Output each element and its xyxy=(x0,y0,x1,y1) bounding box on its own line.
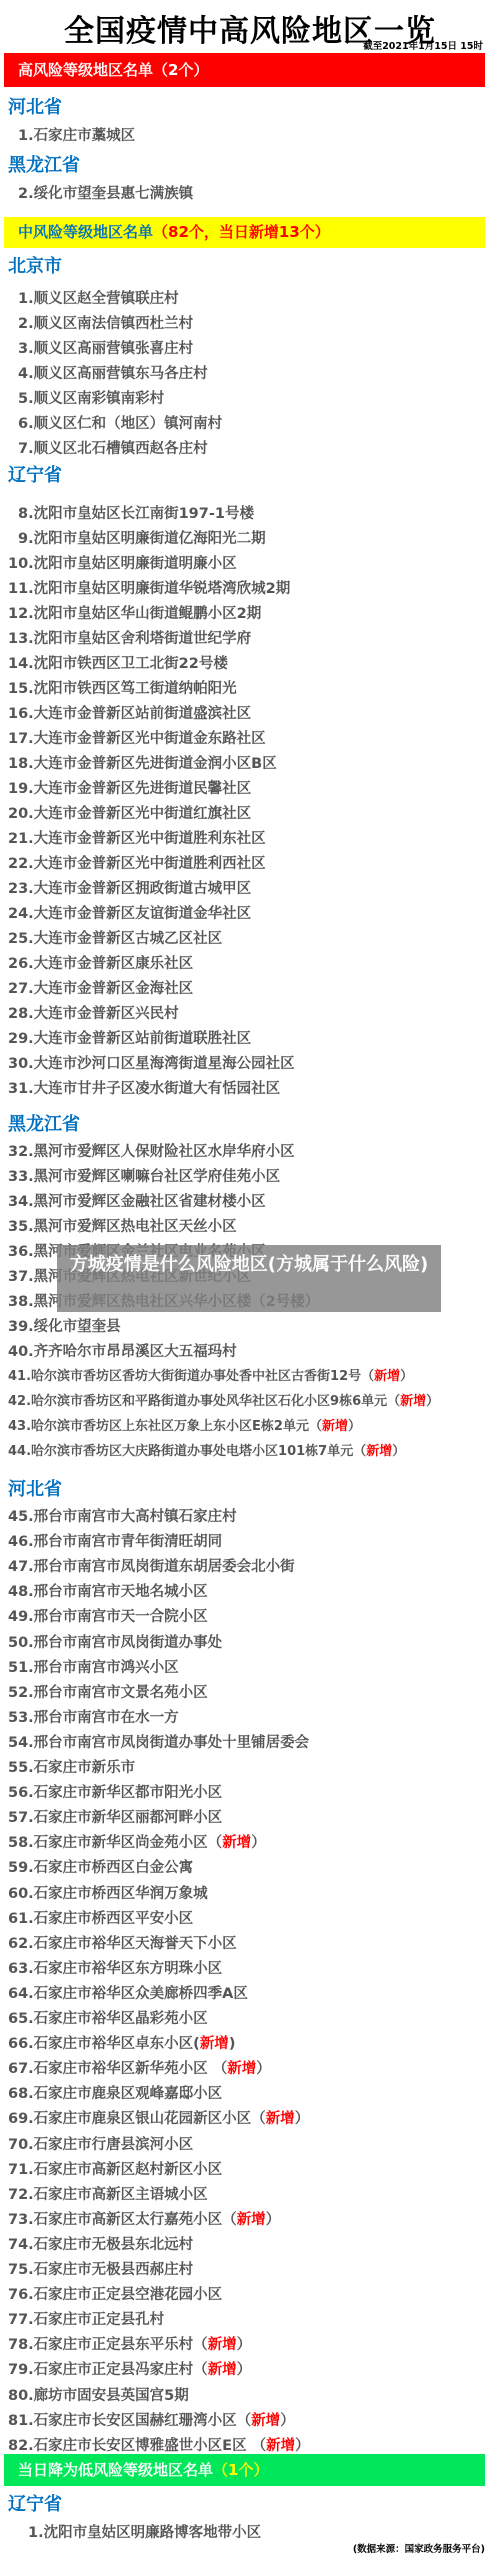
caption-overlay: 方城疫情是什么风险地区(方城属于什么风险) xyxy=(57,1245,441,1312)
list-item: 10.沈阳市皇姑区明廉街道明廉小区 xyxy=(8,552,237,573)
list-item: 82.石家庄市长安区博雅盛世小区E区 （新增） xyxy=(8,2434,310,2455)
item-text: 77.石家庄市正定县孔村 xyxy=(8,2312,164,2328)
item-text: ) xyxy=(229,2036,236,2052)
item-text: 2.顺义区南法信镇西杜兰村 xyxy=(18,316,193,332)
item-text: 73.石家庄市高新区太行嘉苑小区（ xyxy=(8,2212,237,2228)
list-item: 28.大连市金普新区兴民村 xyxy=(8,1002,179,1023)
list-item: 13.沈阳市皇姑区舍利塔街道世纪学府 xyxy=(8,627,251,648)
item-text: 46.邢台市南宫市青年街清旺胡同 xyxy=(8,1534,222,1550)
province-heading: 北京市 xyxy=(8,252,62,278)
list-item: 49.邢台市南宫市天一合院小区 xyxy=(8,1605,208,1626)
list-item: 18.大连市金普新区先进街道金润小区B区 xyxy=(8,752,277,773)
list-item: 52.邢台市南宫市文景名苑小区 xyxy=(8,1681,208,1702)
item-text: 9.沈阳市皇姑区明廉街道亿海阳光二期 xyxy=(18,531,266,547)
item-text: ） xyxy=(237,2337,252,2353)
list-item: 40.齐齐哈尔市昂昂溪区大五福玛村 xyxy=(8,1340,237,1361)
item-text: 18.大连市金普新区先进街道金润小区B区 xyxy=(8,756,277,772)
item-text: 75.石家庄市无极县西郝庄村 xyxy=(8,2262,193,2278)
item-text: ） xyxy=(295,2438,310,2454)
list-item: 27.大连市金普新区金海社区 xyxy=(8,977,193,998)
item-text: ） xyxy=(348,1419,361,1434)
item-text: 74.石家庄市无极县东北远村 xyxy=(8,2237,193,2253)
mid-risk-label: 中风险等级地区名单 xyxy=(18,223,153,241)
list-item: 60.石家庄市桥西区华润万象城 xyxy=(8,1882,208,1903)
list-item: 20.大连市金普新区光中街道红旗社区 xyxy=(8,802,251,823)
list-item: 61.石家庄市桥西区平安小区 xyxy=(8,1907,193,1928)
list-item: 4.顺义区高丽营镇东马各庄村 xyxy=(18,362,208,383)
as-of-timestamp: 截至2021年1月15日 15时 xyxy=(363,38,483,52)
new-tag: 新增 xyxy=(208,2362,237,2378)
item-text: 57.石家庄市新华区丽都河畔小区 xyxy=(8,1810,222,1826)
item-text: 5.顺义区南彩镇南彩村 xyxy=(18,391,164,407)
list-item: 24.大连市金普新区友谊街道金华社区 xyxy=(8,902,251,923)
item-text: 8.沈阳市皇姑区长江南街197-1号楼 xyxy=(18,506,254,522)
list-item: 71.石家庄市高新区赵村新区小区 xyxy=(8,2158,222,2179)
item-text: 6.顺义区仁和（地区）镇河南村 xyxy=(18,416,222,432)
list-item: 73.石家庄市高新区太行嘉苑小区（新增） xyxy=(8,2208,280,2229)
item-text: 54.邢台市南宫市凤岗街道办事处十里铺居委会 xyxy=(8,1735,309,1751)
item-text: 70.石家庄市行唐县滨河小区 xyxy=(8,2137,193,2153)
new-tag: 新增 xyxy=(322,1419,348,1434)
new-tag: 新增 xyxy=(222,1835,251,1851)
list-item: 54.邢台市南宫市凤岗街道办事处十里铺居委会 xyxy=(8,1731,309,1752)
item-text: 31.大连市甘井子区凌水街道大有恬园社区 xyxy=(8,1081,280,1097)
item-text: 25.大连市金普新区古城乙区社区 xyxy=(8,931,222,947)
list-item: 17.大连市金普新区光中街道金东路社区 xyxy=(8,727,266,748)
item-text: 27.大连市金普新区金海社区 xyxy=(8,981,193,997)
province-heading: 黑龙江省 xyxy=(8,1110,80,1136)
list-item: 32.黑河市爱辉区人保财险社区水岸华府小区 xyxy=(8,1140,295,1161)
list-item: 14.沈阳市铁西区卫工北街22号楼 xyxy=(8,652,228,673)
list-item: 9.沈阳市皇姑区明廉街道亿海阳光二期 xyxy=(18,527,266,548)
list-item: 62.石家庄市裕华区天海誉天下小区 xyxy=(8,1932,237,1953)
list-item: 35.黑河市爱辉区热电社区天丝小区 xyxy=(8,1215,237,1236)
list-item: 16.大连市金普新区站前街道盛滨社区 xyxy=(8,702,251,723)
item-text: 15.沈阳市铁西区笃工街道纳帕阳光 xyxy=(8,681,237,697)
list-item: 53.邢台市南宫市在水一方 xyxy=(8,1706,179,1727)
item-text: 62.石家庄市裕华区天海誉天下小区 xyxy=(8,1936,237,1952)
item-text: 64.石家庄市裕华区众美廊桥四季A区 xyxy=(8,1986,248,2002)
item-text: 17.大连市金普新区光中街道金东路社区 xyxy=(8,731,266,747)
item-text: 59.石家庄市桥西区白金公寓 xyxy=(8,1860,193,1876)
list-item: 46.邢台市南宫市青年街清旺胡同 xyxy=(8,1530,222,1551)
item-text: 21.大连市金普新区光中街道胜利东社区 xyxy=(8,831,266,847)
item-text: 55.石家庄市新乐市 xyxy=(8,1760,135,1776)
list-item: 30.大连市沙河口区星海湾街道星海公园社区 xyxy=(8,1052,295,1073)
new-tag: 新增 xyxy=(366,1444,392,1459)
new-tag: 新增 xyxy=(237,2212,266,2228)
item-text: 30.大连市沙河口区星海湾街道星海公园社区 xyxy=(8,1056,295,1072)
list-item: 55.石家庄市新乐市 xyxy=(8,1756,135,1777)
item-text: 65.石家庄市裕华区晶彩苑小区 xyxy=(8,2011,208,2027)
list-item: 2.绥化市望奎县惠七满族镇 xyxy=(18,182,193,203)
list-item: 80.廊坊市固安县英国宫5期 xyxy=(8,2384,189,2405)
list-item: 26.大连市金普新区康乐社区 xyxy=(8,952,193,973)
list-item: 39.绥化市望奎县 xyxy=(8,1315,121,1336)
item-text: ） xyxy=(251,1835,266,1851)
new-tag: 新增 xyxy=(400,1394,426,1409)
item-text: ） xyxy=(237,2362,252,2378)
list-item: 81.石家庄市长安区国赫红珊湾小区（新增） xyxy=(8,2409,295,2430)
list-item: 3.顺义区高丽营镇张喜庄村 xyxy=(18,337,193,358)
new-tag: 新增 xyxy=(200,2036,229,2052)
item-text: 20.大连市金普新区光中街道红旗社区 xyxy=(8,806,251,822)
item-text: 52.邢台市南宫市文景名苑小区 xyxy=(8,1685,208,1701)
new-tag: 新增 xyxy=(266,2111,295,2127)
item-text: 78.石家庄市正定县东平乐村（ xyxy=(8,2337,208,2353)
item-text: 24.大连市金普新区友谊街道金华社区 xyxy=(8,906,251,922)
item-text: 1.顺义区赵全营镇联庄村 xyxy=(18,291,179,307)
new-tag: 新增 xyxy=(251,2413,280,2429)
item-text: 69.石家庄市鹿泉区银山花园新区小区（ xyxy=(8,2111,266,2127)
list-item: 77.石家庄市正定县孔村 xyxy=(8,2308,164,2329)
item-text: ） xyxy=(392,1444,405,1459)
item-text: 67.石家庄市裕华区新华苑小区 （ xyxy=(8,2061,227,2077)
list-item: 69.石家庄市鹿泉区银山花园新区小区（新增） xyxy=(8,2107,309,2128)
item-text: 61.石家庄市桥西区平安小区 xyxy=(8,1911,193,1927)
item-text: 68.石家庄市鹿泉区观峰嘉邸小区 xyxy=(8,2086,222,2102)
item-text: 58.石家庄市新华区尚金苑小区（ xyxy=(8,1835,222,1851)
item-text: ） xyxy=(266,2212,281,2228)
item-text: 19.大连市金普新区先进街道民馨社区 xyxy=(8,781,251,797)
list-item: 58.石家庄市新华区尚金苑小区（新增） xyxy=(8,1831,266,1852)
list-item: 6.顺义区仁和（地区）镇河南村 xyxy=(18,412,222,433)
item-text: 79.石家庄市正定县冯家庄村（ xyxy=(8,2362,208,2378)
list-item: 2.顺义区南法信镇西杜兰村 xyxy=(18,312,193,333)
new-tag: 新增 xyxy=(374,1369,400,1384)
item-text: 3.顺义区高丽营镇张喜庄村 xyxy=(18,341,193,357)
list-item: 65.石家庄市裕华区晶彩苑小区 xyxy=(8,2007,208,2028)
item-text: 22.大连市金普新区光中街道胜利西社区 xyxy=(8,856,266,872)
list-item: 19.大连市金普新区先进街道民馨社区 xyxy=(8,777,251,798)
province-heading: 辽宁省 xyxy=(8,461,62,487)
item-text: 11.沈阳市皇姑区明廉街道华锐塔湾欣城2期 xyxy=(8,581,290,597)
list-item: 29.大连市金普新区站前街道联胜社区 xyxy=(8,1027,251,1048)
item-text: 33.黑河市爱辉区喇嘛台社区学府佳苑小区 xyxy=(8,1169,280,1185)
item-text: 72.石家庄市高新区主语城小区 xyxy=(8,2187,208,2203)
list-item: 64.石家庄市裕华区众美廊桥四季A区 xyxy=(8,1982,248,2003)
item-text: 7.顺义区北石槽镇西赵各庄村 xyxy=(18,441,208,457)
list-item: 74.石家庄市无极县东北远村 xyxy=(8,2233,193,2254)
list-item: 25.大连市金普新区古城乙区社区 xyxy=(8,927,222,948)
mid-risk-bar: 中风险等级地区名单（82个，当日新增13个） xyxy=(4,217,485,248)
item-text: 71.石家庄市高新区赵村新区小区 xyxy=(8,2162,222,2178)
list-item: 72.石家庄市高新区主语城小区 xyxy=(8,2183,208,2204)
low-risk-count: （1个） xyxy=(213,2461,268,2479)
list-item: 1.石家庄市藁城区 xyxy=(18,124,135,145)
data-source: (数据来源：国家政务服务平台) xyxy=(353,2541,485,2555)
item-text: 28.大连市金普新区兴民村 xyxy=(8,1006,179,1022)
list-item: 56.石家庄市新华区都市阳光小区 xyxy=(8,1781,222,1802)
list-item: 48.邢台市南宫市天地名城小区 xyxy=(8,1580,208,1601)
item-text: 39.绥化市望奎县 xyxy=(8,1319,121,1335)
item-text: ） xyxy=(256,2061,271,2077)
list-item: 47.邢台市南宫市凤岗街道东胡居委会北小街 xyxy=(8,1555,295,1576)
low-risk-bar: 当日降为低风险等级地区名单（1个） xyxy=(4,2454,485,2486)
list-item: 66.石家庄市裕华区卓东小区(新增) xyxy=(8,2032,235,2053)
list-item: 42.哈尔滨市香坊区和平路街道办事处风华社区石化小区9栋6单元（新增） xyxy=(8,1390,439,1409)
item-text: 60.石家庄市桥西区华润万象城 xyxy=(8,1886,208,1902)
list-item: 21.大连市金普新区光中街道胜利东社区 xyxy=(8,827,266,848)
item-text: 53.邢台市南宫市在水一方 xyxy=(8,1710,179,1726)
new-tag: 新增 xyxy=(227,2061,256,2077)
list-item: 79.石家庄市正定县冯家庄村（新增） xyxy=(8,2358,251,2379)
item-text: 16.大连市金普新区站前街道盛滨社区 xyxy=(8,706,251,722)
item-text: 66.石家庄市裕华区卓东小区( xyxy=(8,2036,200,2052)
list-item: 57.石家庄市新华区丽都河畔小区 xyxy=(8,1806,222,1827)
province-heading: 辽宁省 xyxy=(8,2490,62,2516)
item-text: 50.邢台市南宫市凤岗街道办事处 xyxy=(8,1635,222,1651)
list-item: 5.顺义区南彩镇南彩村 xyxy=(18,387,164,408)
list-item: 8.沈阳市皇姑区长江南街197-1号楼 xyxy=(18,502,254,523)
list-item: 76.石家庄市正定县空港花园小区 xyxy=(8,2283,222,2304)
list-item: 70.石家庄市行唐县滨河小区 xyxy=(8,2133,193,2154)
list-item: 43.哈尔滨市香坊区上东社区万象上东小区E栋2单元（新增） xyxy=(8,1415,361,1434)
list-item: 45.邢台市南宫市大高村镇石家庄村 xyxy=(8,1505,237,1526)
item-text: ） xyxy=(426,1394,439,1409)
list-item: 31.大连市甘井子区凌水街道大有恬园社区 xyxy=(8,1077,280,1098)
item-text: 45.邢台市南宫市大高村镇石家庄村 xyxy=(8,1509,237,1525)
item-text: 10.沈阳市皇姑区明廉街道明廉小区 xyxy=(8,556,237,572)
list-item: 50.邢台市南宫市凤岗街道办事处 xyxy=(8,1631,222,1652)
item-text: 14.沈阳市铁西区卫工北街22号楼 xyxy=(8,656,228,672)
item-text: 81.石家庄市长安区国赫红珊湾小区（ xyxy=(8,2413,251,2429)
list-item: 33.黑河市爱辉区喇嘛台社区学府佳苑小区 xyxy=(8,1165,280,1186)
list-item: 34.黑河市爱辉区金融社区省建材楼小区 xyxy=(8,1190,266,1211)
item-text: 63.石家庄市裕华区东方明珠小区 xyxy=(8,1961,222,1977)
list-item: 75.石家庄市无极县西郝庄村 xyxy=(8,2258,193,2279)
item-text: 4.顺义区高丽营镇东马各庄村 xyxy=(18,366,208,382)
item-text: 42.哈尔滨市香坊区和平路街道办事处风华社区石化小区9栋6单元（ xyxy=(8,1394,400,1409)
mid-risk-count: （82个，当日新增13个） xyxy=(153,223,330,241)
province-heading: 黑龙江省 xyxy=(8,151,80,177)
list-item: 67.石家庄市裕华区新华苑小区 （新增） xyxy=(8,2057,271,2078)
list-item: 44.哈尔滨市香坊区大庆路街道办事处电塔小区101栋7单元（新增） xyxy=(8,1440,405,1459)
list-item: 1.顺义区赵全营镇联庄村 xyxy=(18,287,179,308)
item-text: 80.廊坊市固安县英国宫5期 xyxy=(8,2388,189,2404)
list-item: 41.哈尔滨市香坊区香坊大街街道办事处香中社区古香街12号（新增） xyxy=(8,1365,413,1384)
item-text: 48.邢台市南宫市天地名城小区 xyxy=(8,1584,208,1600)
item-text: 44.哈尔滨市香坊区大庆路街道办事处电塔小区101栋7单元（ xyxy=(8,1444,366,1459)
list-item: 15.沈阳市铁西区笃工街道纳帕阳光 xyxy=(8,677,237,698)
list-item: 68.石家庄市鹿泉区观峰嘉邸小区 xyxy=(8,2082,222,2103)
item-text: 23.大连市金普新区拥政街道古城甲区 xyxy=(8,881,251,897)
new-tag: 新增 xyxy=(208,2337,237,2353)
item-text: 47.邢台市南宫市凤岗街道东胡居委会北小街 xyxy=(8,1559,295,1575)
high-risk-bar: 高风险等级地区名单（2个） xyxy=(4,53,485,87)
list-item: 1.沈阳市皇姑区明廉路博客地带小区 xyxy=(28,2521,261,2542)
list-item: 22.大连市金普新区光中街道胜利西社区 xyxy=(8,852,266,873)
item-text: 32.黑河市爱辉区人保财险社区水岸华府小区 xyxy=(8,1144,295,1160)
list-item: 11.沈阳市皇姑区明廉街道华锐塔湾欣城2期 xyxy=(8,577,290,598)
item-text: ） xyxy=(280,2413,295,2429)
item-text: 26.大连市金普新区康乐社区 xyxy=(8,956,193,972)
new-tag: 新增 xyxy=(266,2438,295,2454)
item-text: 13.沈阳市皇姑区舍利塔街道世纪学府 xyxy=(8,631,251,647)
list-item: 63.石家庄市裕华区东方明珠小区 xyxy=(8,1957,222,1978)
list-item: 7.顺义区北石槽镇西赵各庄村 xyxy=(18,437,208,458)
item-text: 49.邢台市南宫市天一合院小区 xyxy=(8,1609,208,1625)
item-text: 41.哈尔滨市香坊区香坊大街街道办事处香中社区古香街12号（ xyxy=(8,1369,374,1384)
list-item: 78.石家庄市正定县东平乐村（新增） xyxy=(8,2333,251,2354)
item-text: 29.大连市金普新区站前街道联胜社区 xyxy=(8,1031,251,1047)
low-risk-label: 当日降为低风险等级地区名单 xyxy=(18,2461,213,2479)
item-text: 76.石家庄市正定县空港花园小区 xyxy=(8,2287,222,2303)
list-item: 12.沈阳市皇姑区华山街道鲲鹏小区2期 xyxy=(8,602,261,623)
province-heading: 河北省 xyxy=(8,1475,62,1501)
item-text: 35.黑河市爱辉区热电社区天丝小区 xyxy=(8,1219,237,1235)
item-text: ） xyxy=(295,2111,310,2127)
list-item: 51.邢台市南宫市鸿兴小区 xyxy=(8,1656,179,1677)
item-text: 43.哈尔滨市香坊区上东社区万象上东小区E栋2单元（ xyxy=(8,1419,322,1434)
item-text: 34.黑河市爱辉区金融社区省建材楼小区 xyxy=(8,1194,266,1210)
item-text: 51.邢台市南宫市鸿兴小区 xyxy=(8,1660,179,1676)
item-text: 56.石家庄市新华区都市阳光小区 xyxy=(8,1785,222,1801)
province-heading: 河北省 xyxy=(8,93,62,119)
item-text: 40.齐齐哈尔市昂昂溪区大五福玛村 xyxy=(8,1344,237,1360)
item-text: 12.沈阳市皇姑区华山街道鲲鹏小区2期 xyxy=(8,606,261,622)
item-text: 82.石家庄市长安区博雅盛世小区E区 （ xyxy=(8,2438,266,2454)
list-item: 23.大连市金普新区拥政街道古城甲区 xyxy=(8,877,251,898)
list-item: 59.石家庄市桥西区白金公寓 xyxy=(8,1856,193,1877)
item-text: ） xyxy=(400,1369,413,1384)
